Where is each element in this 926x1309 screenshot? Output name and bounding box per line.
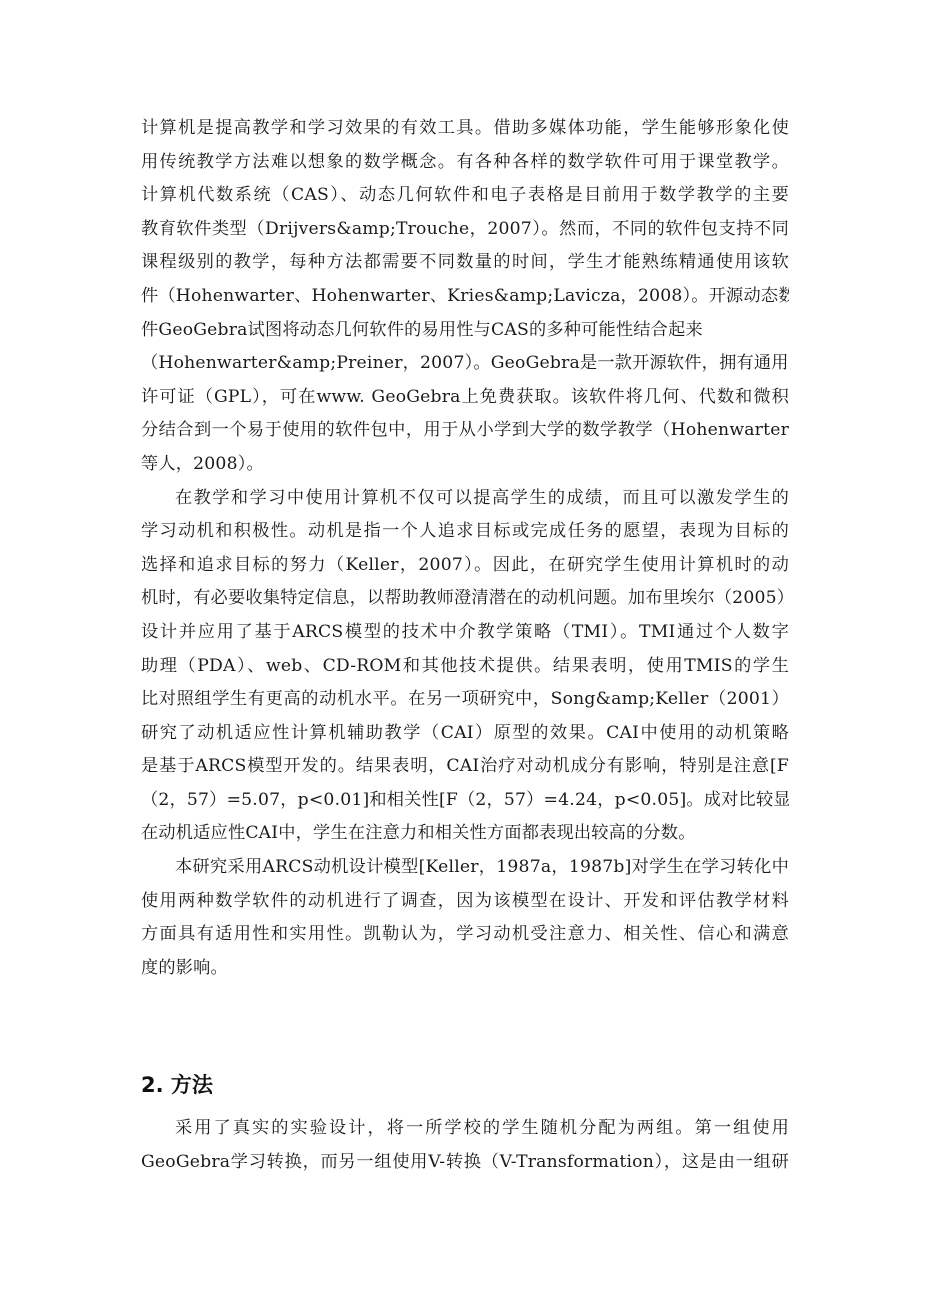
text-line: 方面具有适用性和实用性。凯勒认为，学习动机受注意力、相关性、信心和满意 xyxy=(141,918,789,952)
section-heading: 2. 方法 xyxy=(141,1068,213,1102)
paragraph-1: 计算机是提高教学和学习效果的有效工具。借助多媒体功能，学生能够形象化使 用传统教… xyxy=(141,112,789,482)
text-line: 设计并应用了基于ARCS模型的技术中介教学策略（TMI）。TMI通过个人数字 xyxy=(141,616,789,650)
text-line: 计算机代数系统（CAS）、动态几何软件和电子表格是目前用于数学教学的主要 xyxy=(141,179,789,213)
text-line: （2，57）=5.07，p<0.01]和相关性[F（2，57）=4.24，p<0… xyxy=(141,784,789,818)
text-line: 采用了真实的实验设计，将一所学校的学生随机分配为两组。第一组使用 xyxy=(141,1112,789,1146)
text-line: 许可证（GPL），可在www. GeoGebra上免费获取。该软件将几何、代数和… xyxy=(141,381,789,415)
text-line: GeoGebra学习转换，而另一组使用V-转换（V-Transformation… xyxy=(141,1146,789,1180)
paragraph-3: 本研究采用ARCS动机设计模型[Keller，1987a，1987b]对学生在学… xyxy=(141,851,789,985)
text-line: 选择和追求目标的努力（Keller，2007）。因此，在研究学生使用计算机时的动 xyxy=(141,549,789,583)
text-line: 教育软件类型（Drijvers&amp;Trouche，2007）。然而，不同的… xyxy=(141,213,789,247)
text-line: 用传统教学方法难以想象的数学概念。有各种各样的数学软件可用于课堂教学。 xyxy=(141,146,789,180)
text-line: 度的影响。 xyxy=(141,952,789,986)
text-line: 计算机是提高教学和学习效果的有效工具。借助多媒体功能，学生能够形象化使 xyxy=(141,112,789,146)
paragraph-2: 在教学和学习中使用计算机不仅可以提高学生的成绩，而且可以激发学生的 学习动机和积… xyxy=(141,482,789,852)
body-text: 计算机是提高教学和学习效果的有效工具。借助多媒体功能，学生能够形象化使 用传统教… xyxy=(141,112,789,985)
text-line: 助理（PDA）、web、CD-ROM和其他技术提供。结果表明，使用TMIS的学生 xyxy=(141,650,789,684)
text-line: 机时，有必要收集特定信息，以帮助教师澄清潜在的动机问题。加布里埃尔（2005） xyxy=(141,582,789,616)
text-line: 在动机适应性CAI中，学生在注意力和相关性方面都表现出较高的分数。 xyxy=(141,817,789,851)
section-paragraph: 采用了真实的实验设计，将一所学校的学生随机分配为两组。第一组使用 GeoGebr… xyxy=(141,1112,789,1179)
text-line: 研究了动机适应性计算机辅助教学（CAI）原型的效果。CAI中使用的动机策略 xyxy=(141,717,789,751)
text-line: 本研究采用ARCS动机设计模型[Keller，1987a，1987b]对学生在学… xyxy=(141,851,789,885)
text-line: 是基于ARCS模型开发的。结果表明，CAI治疗对动机成分有影响，特别是注意[F xyxy=(141,750,789,784)
text-line: 课程级别的教学，每种方法都需要不同数量的时间，学生才能熟练精通使用该软 xyxy=(141,246,789,280)
text-line: 使用两种数学软件的动机进行了调查，因为该模型在设计、开发和评估教学材料 xyxy=(141,885,789,919)
text-line: 件（Hohenwarter、Hohenwarter、Kries&amp;Lavi… xyxy=(141,280,789,314)
text-line: 学习动机和积极性。动机是指一个人追求目标或完成任务的愿望，表现为目标的 xyxy=(141,515,789,549)
text-line: 分结合到一个易于使用的软件包中，用于从小学到大学的数学教学（Hohenwarte… xyxy=(141,414,789,448)
text-line: （Hohenwarter&amp;Preiner，2007）。GeoGebra是… xyxy=(141,347,789,381)
text-line: 比对照组学生有更高的动机水平。在另一项研究中，Song&amp;Keller（2… xyxy=(141,683,789,717)
text-line: 等人，2008）。 xyxy=(141,448,789,482)
text-line: 在教学和学习中使用计算机不仅可以提高学生的成绩，而且可以激发学生的 xyxy=(141,482,789,516)
text-line: 件GeoGebra试图将动态几何软件的易用性与CAS的多种可能性结合起来 xyxy=(141,314,789,348)
